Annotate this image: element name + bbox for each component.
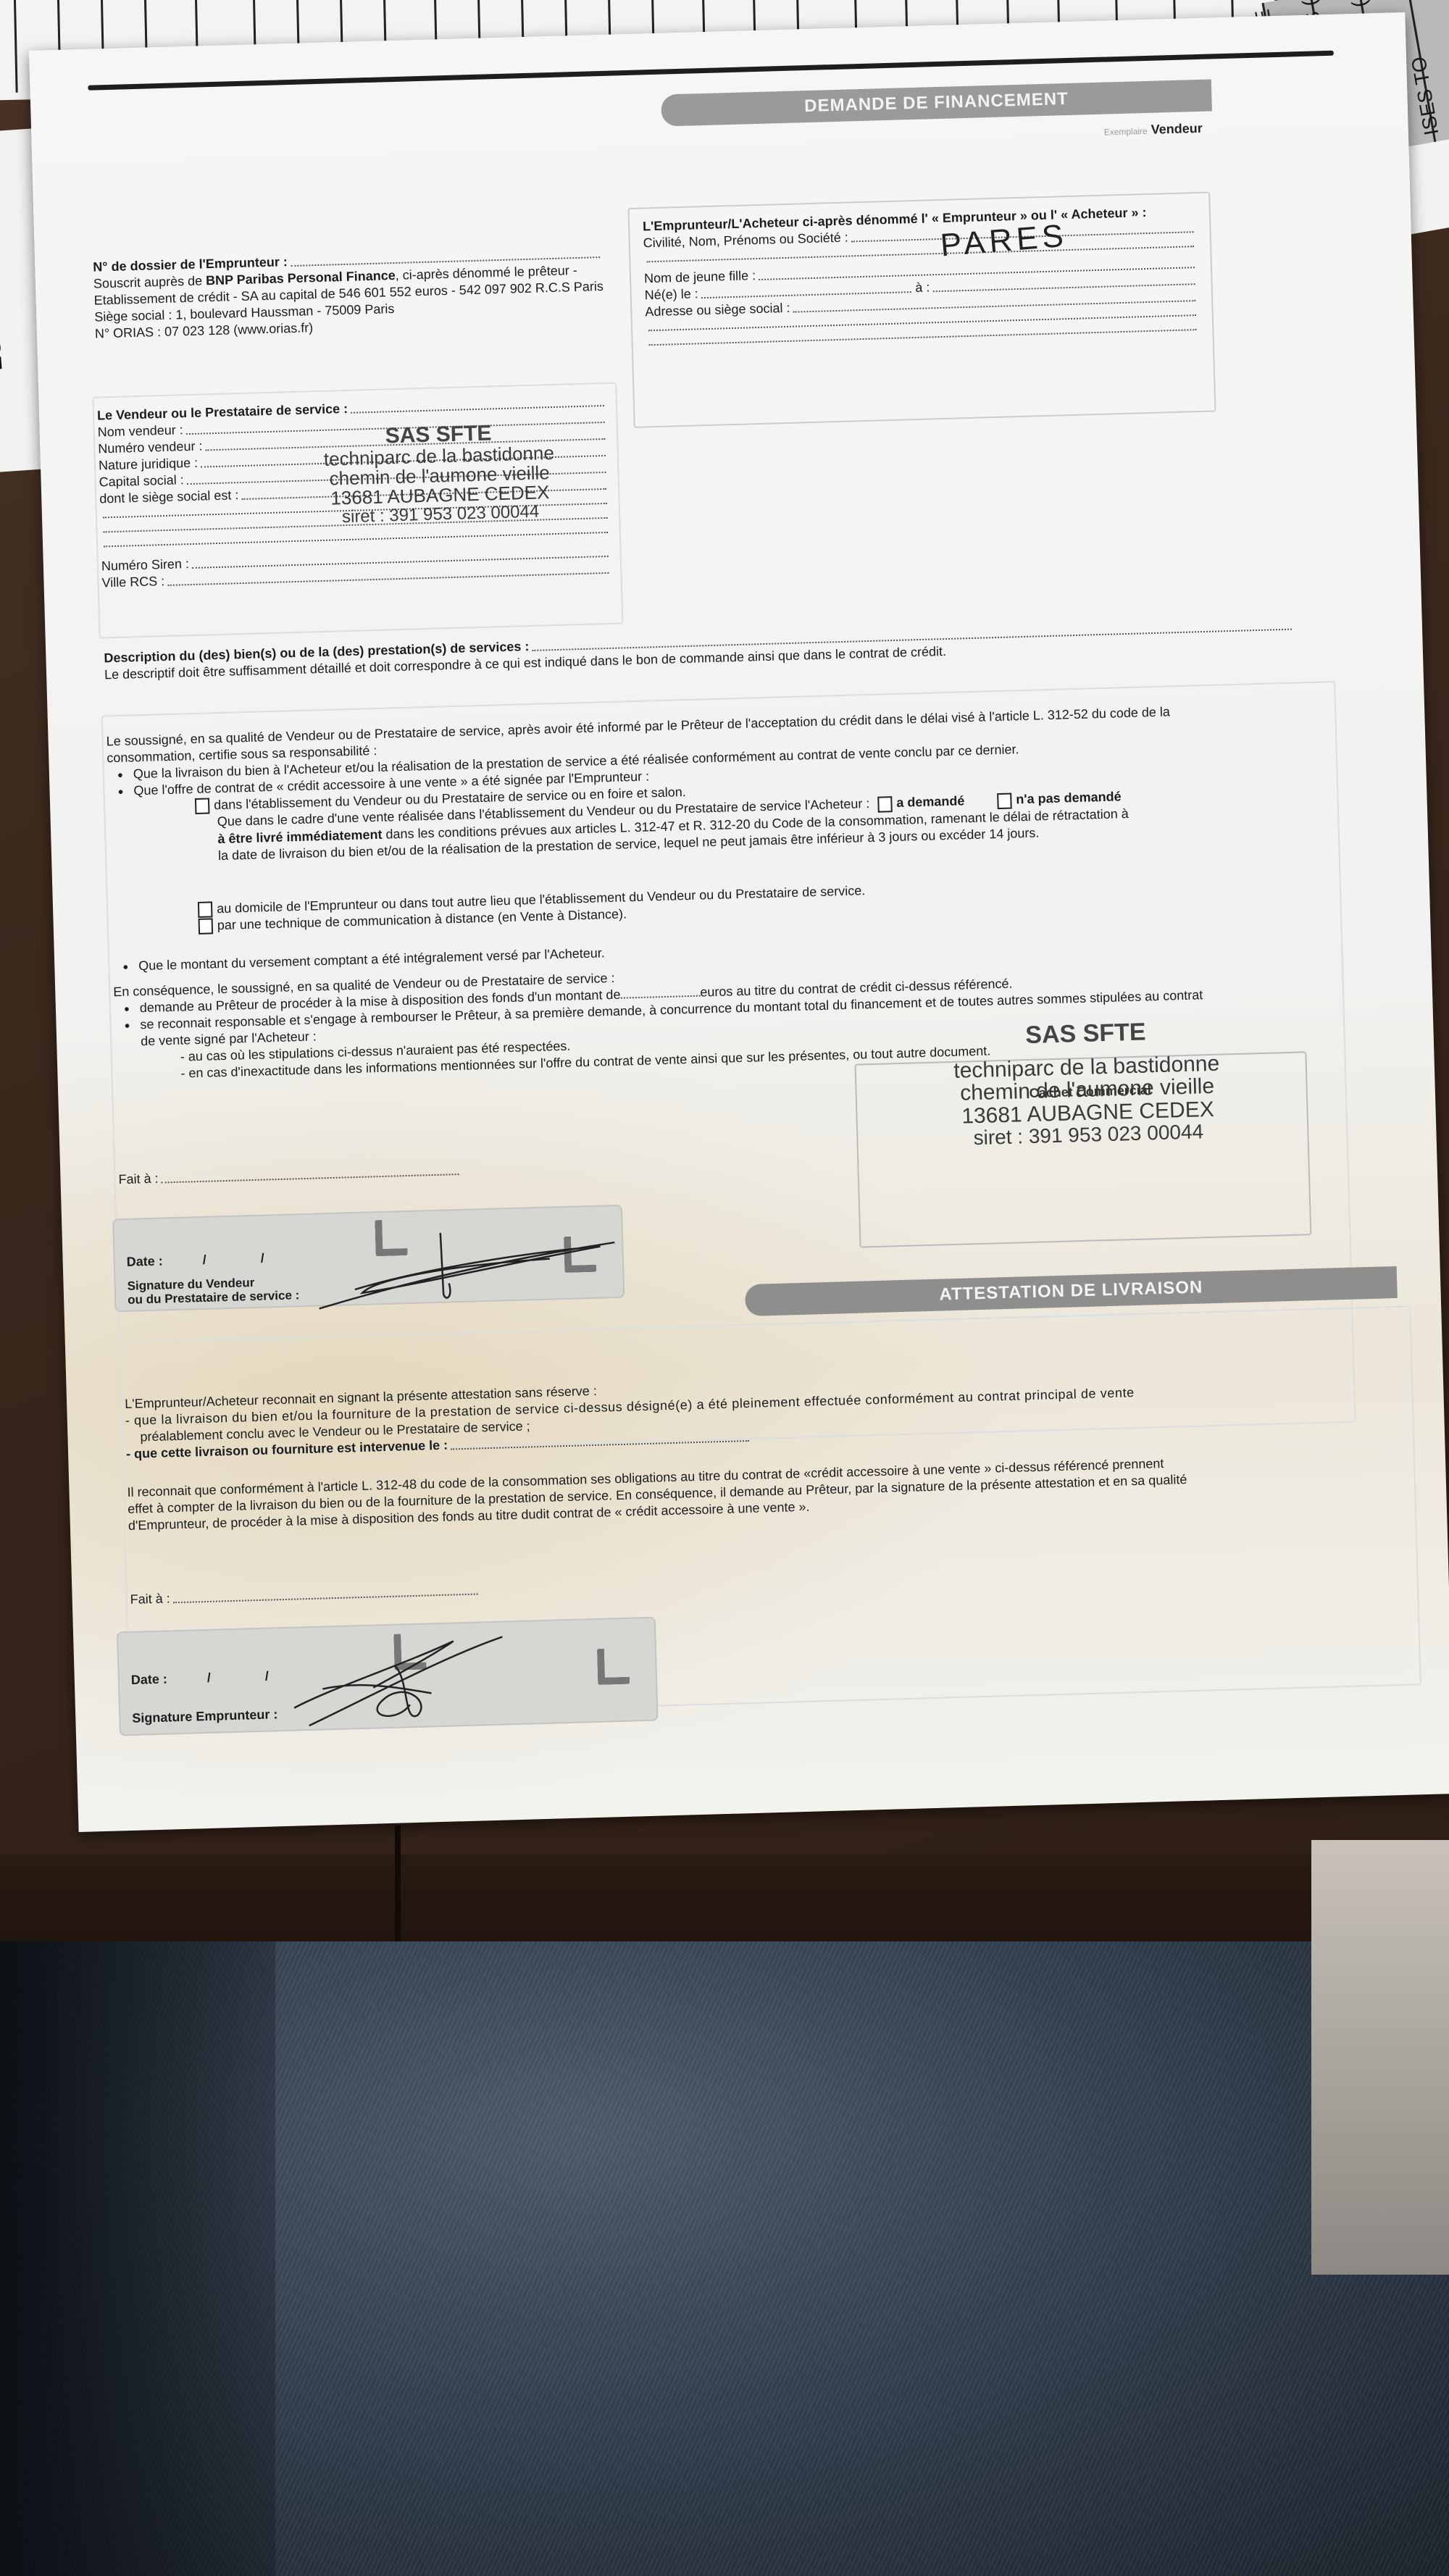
- date-separator: /: [207, 1670, 212, 1685]
- vendor-name-label: Nom vendeur :: [97, 422, 183, 440]
- fait-a-label: Fait à :: [118, 1171, 159, 1189]
- borrower-signature-box[interactable]: Date : / / Signature Emprunteur :: [117, 1617, 659, 1736]
- floor: [1311, 1840, 1449, 2275]
- asked-label: a demandé: [896, 794, 965, 811]
- amount-field[interactable]: [621, 995, 701, 999]
- date-separator: /: [265, 1669, 270, 1684]
- banner-title: DEMANDE DE FINANCEMENT: [804, 89, 1069, 116]
- address-label: Adresse ou siège social :: [645, 300, 790, 321]
- vendor-date-row[interactable]: Date : / /: [126, 1251, 264, 1270]
- not-asked-label: n'a pas demandé: [1016, 790, 1122, 807]
- borrower-block: L'Emprunteur/L'Acheteur ci-après dénommé…: [643, 203, 1197, 349]
- birth-date-label: Né(e) le :: [644, 285, 698, 304]
- rcs-city-label: Ville RCS :: [101, 573, 164, 591]
- attestation-banner-title: ATTESTATION DE LIVRAISON: [939, 1277, 1203, 1304]
- signature-arrow-icon: [597, 1648, 630, 1685]
- copy-label: Exemplaire Vendeur: [1103, 121, 1203, 139]
- borrower-signature-label: Signature Emprunteur :: [132, 1707, 278, 1726]
- shadow: [0, 1941, 275, 2576]
- maiden-name-label: Nom de jeune fille :: [644, 267, 756, 287]
- siren-label: Numéro Siren :: [101, 556, 190, 574]
- vendor-signature-label: Signature du Vendeur ou du Prestataire d…: [127, 1274, 299, 1307]
- store-detail-2-bold: à être livré immédiatement: [217, 827, 383, 845]
- borrower-date-row[interactable]: Date : / /: [131, 1669, 270, 1688]
- checkbox-distance-sale[interactable]: [199, 918, 214, 934]
- vendor-signature-scribble: [310, 1227, 646, 1316]
- borrower-signature-scribble: [285, 1633, 527, 1734]
- fait-a-label: Fait à :: [130, 1590, 170, 1608]
- checkbox-at-home[interactable]: [198, 901, 213, 918]
- date-separator: /: [260, 1251, 264, 1266]
- birth-place-label: à :: [915, 279, 930, 296]
- lender-line-1-prefix: Souscrit auprès de: [93, 273, 206, 290]
- date-label: Date :: [126, 1253, 163, 1268]
- share-capital-label: Capital social :: [99, 472, 184, 490]
- date-label: Date :: [131, 1672, 168, 1687]
- copy-label-bold: Vendeur: [1151, 121, 1203, 137]
- checkbox-not-asked[interactable]: [997, 793, 1012, 809]
- date-separator: /: [202, 1253, 206, 1267]
- background-paper-label: ESSIVIELS: [0, 245, 8, 372]
- checkbox-in-store[interactable]: [195, 798, 210, 815]
- head-office-label: dont le siège social est :: [99, 487, 239, 507]
- vendor-signature-box[interactable]: Date : / / Signature du Vendeur ou du Pr…: [112, 1205, 625, 1313]
- vendor-stamp-cachet: SAS SFTE techniparc de la bastidonne che…: [882, 1016, 1292, 1151]
- lender-block: N° de dossier de l'Emprunteur : Souscrit…: [93, 245, 602, 343]
- financing-request-form: DEMANDE DE FINANCEMENT Exemplaire Vendeu…: [29, 12, 1449, 1832]
- copy-label-prefix: Exemplaire: [1104, 126, 1148, 138]
- banner-demande-de-financement: DEMANDE DE FINANCEMENT: [661, 79, 1212, 126]
- vendor-stamp-top: SAS SFTE techniparc de la bastidonne che…: [286, 419, 593, 528]
- checkbox-asked[interactable]: [877, 796, 893, 813]
- dotted-line: [793, 299, 1196, 313]
